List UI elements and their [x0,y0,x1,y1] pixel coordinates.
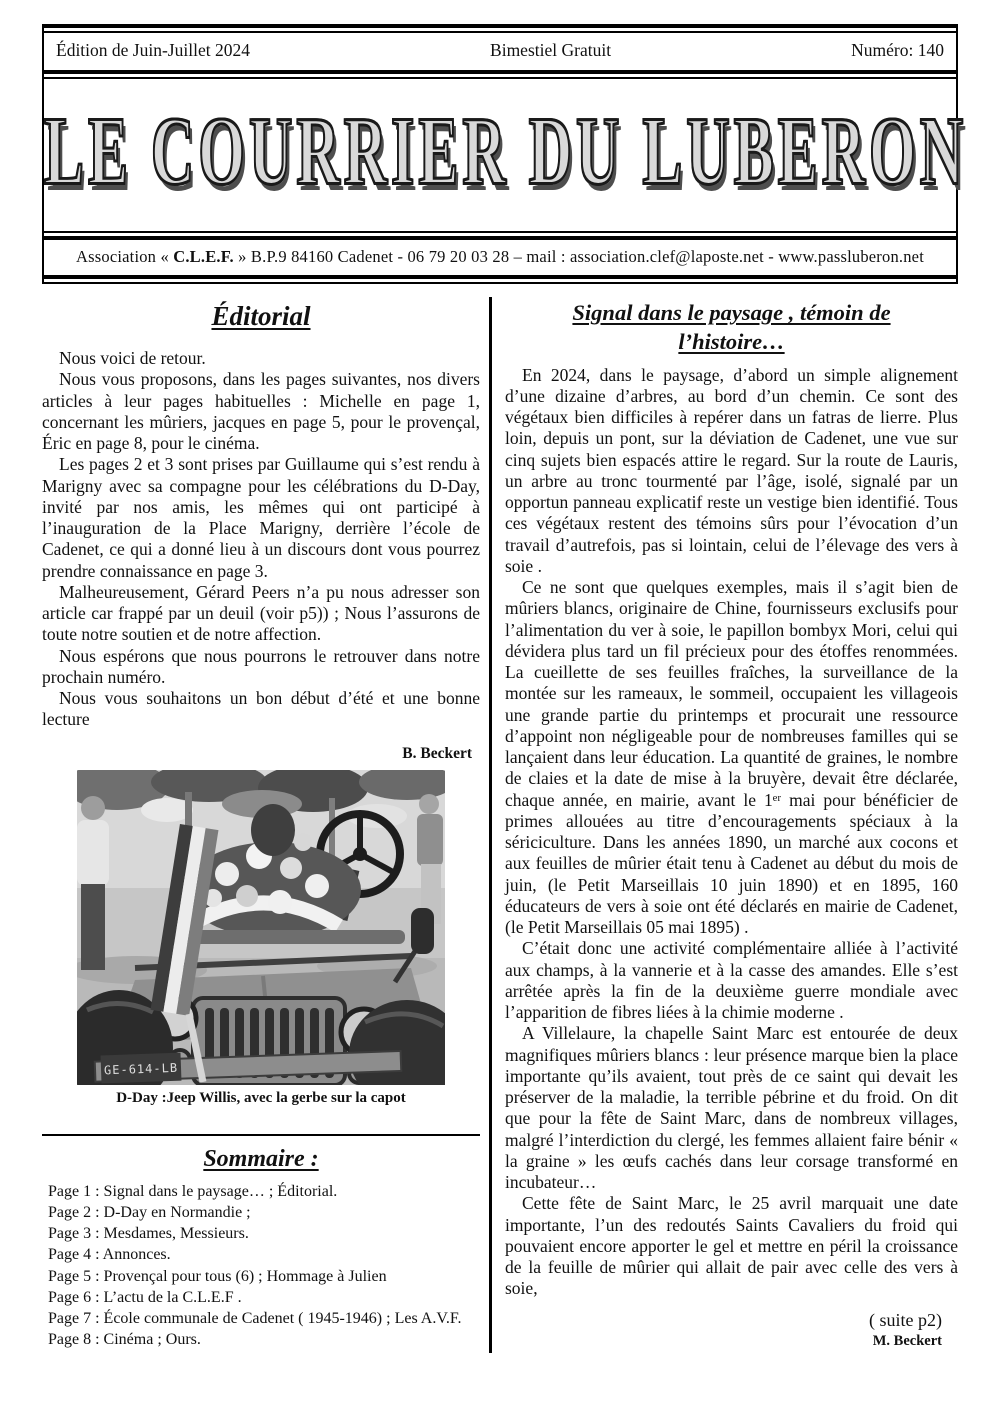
editorial-paragraph: Nous espérons que nous pourrons le retro… [42,646,480,689]
sommaire-item: Page 8 : Cinéma ; Ours. [42,1329,480,1350]
editorial-paragraph: Les pages 2 et 3 sont prises par Guillau… [42,454,480,582]
sommaire-item: Page 7 : École communale de Cadenet ( 19… [42,1308,480,1329]
editorial-title: Éditorial [42,301,480,332]
article-paragraph: Ce ne sont que quelques exemples, mais i… [505,577,958,938]
editorial-paragraph: Malheureusement, Gérard Peers n’a pu nou… [42,582,480,646]
sommaire-item: Page 6 : L’actu de la C.L.E.F . [42,1287,480,1308]
masthead: LE COURRIER DU LUBERON [44,79,956,231]
bystander-left [77,796,109,970]
sommaire-item: Page 5 : Provençal pour tous (6) ; Homma… [42,1266,480,1287]
jeep-photo: GE-614-LB [77,770,445,1085]
newspaper-title: LE COURRIER DU LUBERON [44,103,967,200]
continuation-note: ( suite p2) [505,1310,958,1331]
editorial-byline: B. Beckert [42,745,480,763]
article-paragraph: Cette fête de Saint Marc, le 25 avril ma… [505,1193,958,1299]
sommaire-item: Page 1 : Signal dans le paysage… ; Édito… [42,1181,480,1202]
frequency-label: Bimestiel Gratuit [250,40,851,61]
editorial-paragraph: Nous vous proposons, dans les pages suiv… [42,369,480,454]
article-paragraph: A Villelaure, la chapelle Saint Marc est… [505,1023,958,1193]
sommaire-item: Page 2 : D-Day en Normandie ; [42,1202,480,1223]
association-name: C.L.E.F. [173,247,234,266]
sommaire-item: Page 4 : Annonces. [42,1244,480,1265]
header-double-rule [44,70,956,79]
association-bottom-rule [44,275,956,284]
association-prefix: Association « [76,247,173,266]
association-top-rule [44,231,956,240]
association-suffix: » B.P.9 84160 Cadenet - 06 79 20 03 28 –… [234,247,924,266]
left-column: Éditorial Nous voici de retour. Nous vou… [42,297,489,1353]
sommaire-item: Page 3 : Mesdames, Messieurs. [42,1223,480,1244]
newspaper-page: Édition de Juin-Juillet 2024 Bimestiel G… [0,0,1000,1414]
jeep-photo-figure: GE-614-LB D-Day :Jeep Willis, [77,770,445,1107]
sommaire-title: Sommaire : [42,1146,480,1173]
association-line: Association « C.L.E.F. » B.P.9 84160 Cad… [44,240,956,275]
issue-number-label: Numéro: 140 [851,40,944,61]
page-body: Éditorial Nous voici de retour. Nous vou… [42,297,958,1353]
article-title: Signal dans le paysage , témoin de l’his… [505,299,958,357]
article-paragraph: En 2024, dans le paysage, d’abord un sim… [505,365,958,578]
photo-caption: D-Day :Jeep Willis, avec la gerbe sur la… [77,1090,445,1107]
issue-bar: Édition de Juin-Juillet 2024 Bimestiel G… [44,33,956,70]
masthead-block: Édition de Juin-Juillet 2024 Bimestiel G… [42,24,958,284]
windshield-frame [169,930,405,944]
right-column: Signal dans le paysage , témoin de l’his… [492,297,958,1353]
sommaire-divider [42,1134,480,1136]
top-double-rule [44,24,956,33]
article-byline: M. Beckert [505,1333,958,1350]
sommaire-list: Page 1 : Signal dans le paysage… ; Édito… [42,1181,480,1351]
license-plate-text: GE-614-LB [104,1060,178,1077]
editorial-paragraph: Nous vous souhaitons un bon début d’été … [42,688,480,731]
article-paragraph: C’était donc une activité complémentaire… [505,938,958,1023]
edition-label: Édition de Juin-Juillet 2024 [56,40,250,61]
editorial-paragraph: Nous voici de retour. [42,348,480,369]
